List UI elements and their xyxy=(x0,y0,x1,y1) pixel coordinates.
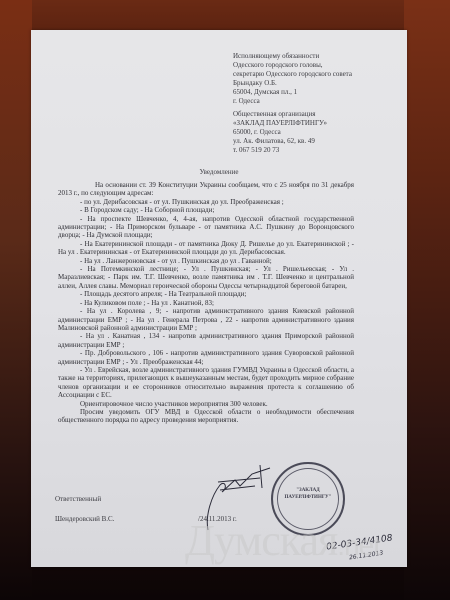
paragraph: - На Потемкинской лестнице; - Ул . Пушки… xyxy=(58,265,354,290)
sender-line: 65000, г. Одесса xyxy=(233,128,327,137)
paragraph: На основании ст. 39 Конституции Украины … xyxy=(58,181,354,198)
table-background-right xyxy=(404,0,450,600)
paragraph: - На Куликовом поле ; - На ул . Канатной… xyxy=(58,299,354,307)
paragraph: - На Екатерининской площади - от памятни… xyxy=(58,240,354,257)
document-body: На основании ст. 39 Конституции Украины … xyxy=(58,181,354,425)
signature-role: Ответственный xyxy=(55,495,101,503)
sender-line: т. 067 519 20 73 xyxy=(233,146,327,155)
paragraph: - Ул . Еврейская, возле административног… xyxy=(58,366,354,400)
sender-line: «ЗАКЛАД ПАУЕРЛІФТИНГУ» xyxy=(233,119,327,128)
paragraph: - На ул . Ланжероновская - от ул . Пушки… xyxy=(58,257,354,265)
paragraph: Просим уведомить ОГУ МВД в Одесской обла… xyxy=(58,408,354,425)
paragraph: - Пр. Добровольского , 106 - напротив ад… xyxy=(58,349,354,366)
sender-line: ул. Ак. Филатова, 62, кв. 49 xyxy=(233,137,327,146)
recipient-line: Брындаку О.Б. xyxy=(233,79,352,88)
paragraph: - На проспекте Шевченко, 4, 4-ая, напрот… xyxy=(58,215,354,240)
document-title: Уведомление xyxy=(31,168,407,176)
paragraph: - по ул. Дерибасовская - от ул. Пушкинск… xyxy=(58,198,354,206)
recipient-line: секретарю Одесского городского совета xyxy=(233,70,352,79)
paragraph: - В Городском саду; - На Соборной площад… xyxy=(58,206,354,214)
paragraph: Ориентировочное число участников меропри… xyxy=(58,400,354,408)
paragraph: - На ул . Королева , 9; - напротив админ… xyxy=(58,307,354,332)
recipient-line: г. Одесса xyxy=(233,97,352,106)
recipient-line: Исполняющему обязанности xyxy=(233,52,352,61)
recipient-address: Исполняющему обязанности Одесского город… xyxy=(233,52,352,106)
table-background-left xyxy=(0,0,32,600)
recipient-line: 65004, Думская пл., 1 xyxy=(233,88,352,97)
sender-line: Общественная организация xyxy=(233,110,327,119)
sender-address: Общественная организация «ЗАКЛАД ПАУЕРЛІ… xyxy=(233,110,327,155)
recipient-line: Одесского городского головы, xyxy=(233,61,352,70)
paragraph: - На ул . Канатная , 134 - напротив адми… xyxy=(58,332,354,349)
paragraph: - Площадь десятого апреля; - На Театраль… xyxy=(58,290,354,298)
site-watermark: Думская.net xyxy=(185,515,380,566)
stamp-text: "ЗАКЛАД ПАУЕРЛІФТИНГУ" xyxy=(273,487,343,501)
signature-name: Шендеровский В.С. xyxy=(55,515,114,523)
